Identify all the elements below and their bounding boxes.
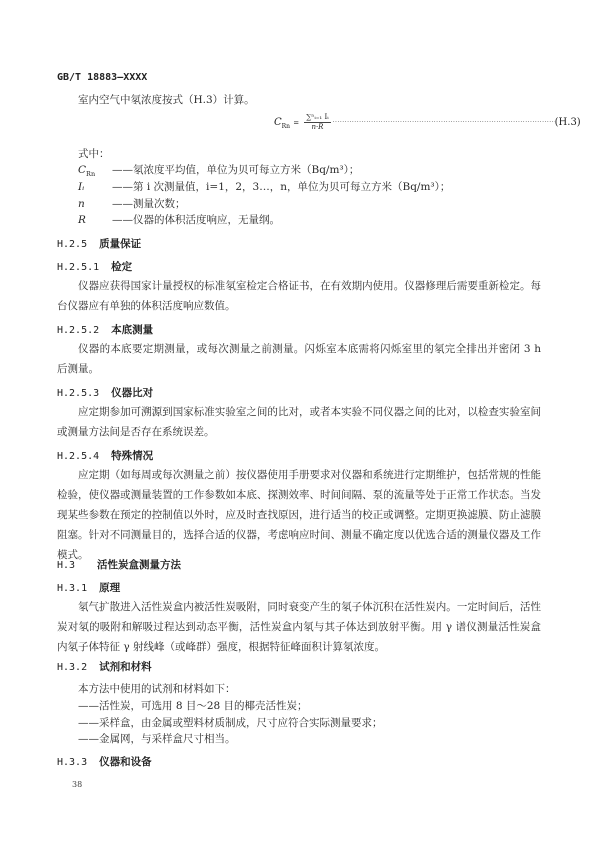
section-heading: H.3活性炭盒测量方法 — [57, 557, 181, 572]
formula-equals: = — [293, 119, 299, 127]
where-item: Iᵢ——第 i 次测量值，i=1，2，3…，n，单位为贝可每立方米（Bq/m³）… — [78, 179, 450, 195]
section-heading: H.2.5.1检定 — [57, 259, 132, 274]
where-item: n——测量次数； — [78, 196, 186, 212]
section-paragraph: 应定期（如每周或每次测量之前）按仪器使用手册要求对仪器和系统进行定期维护，包括常… — [57, 465, 541, 565]
symbol: n — [78, 196, 112, 212]
list-item: ——金属网，与采样盒尺寸相当。 — [78, 731, 236, 747]
section-paragraph: 仪器的本底要定期测量，或每次测量之前测量。闪烁室本底需将闪烁室里的氡完全排出并密… — [57, 339, 541, 379]
formula-leader-dots: ········································… — [333, 119, 555, 126]
section-paragraph: 氡气扩散进入活性炭盒内被活性炭吸附，同时衰变产生的氡子体沉积在活性炭内。一定时间… — [57, 597, 541, 657]
section-heading: H.3.1原理 — [57, 580, 120, 595]
symbol: R — [78, 212, 112, 228]
section-paragraph: 本方法中使用的试剂和材料如下： — [78, 681, 236, 697]
formula-label: (H.3) — [555, 117, 581, 128]
section-paragraph: 仪器应获得国家计量授权的标准氡室检定合格证书，在有效期内使用。仪器修理后需要重新… — [57, 276, 541, 316]
section-heading: H.3.3仪器和设备 — [57, 754, 152, 769]
list-item: ——采样盒，由金属或塑料材质制成，尺寸应符合实际测量要求； — [78, 715, 383, 731]
section-heading: H.2.5.4特殊情况 — [57, 448, 153, 463]
formula-denominator: n·R — [304, 123, 330, 132]
section-heading: H.2.5.2本底测量 — [57, 322, 153, 337]
symbol: Iᵢ — [78, 179, 112, 195]
formula-fraction: ∑ⁿᵢ₌₁ Iᵢ n·R — [304, 113, 330, 132]
section-heading: H.2.5质量保证 — [57, 236, 141, 251]
formula-numerator: ∑ⁿᵢ₌₁ Iᵢ — [304, 113, 330, 123]
standard-id-header: GB/T 18883—XXXX — [57, 72, 147, 83]
where-item: R——仪器的体积活度响应，无量纲。 — [78, 212, 280, 228]
section-heading: H.3.2试剂和材料 — [57, 659, 152, 674]
section-paragraph: 应定期参加可溯源到国家标准实验室之间的比对，或者本实验不同仪器之间的比对，以检查… — [57, 402, 541, 442]
formula-lhs: C — [274, 117, 282, 128]
page-number: 38 — [72, 780, 82, 789]
formula-h3: CRn = ∑ⁿᵢ₌₁ Iᵢ n·R ·····················… — [274, 113, 581, 132]
list-item: ——活性炭，可选用 8 目～28 目的椰壳活性炭； — [78, 698, 308, 714]
section-heading: H.2.5.3仪器比对 — [57, 385, 153, 400]
where-label: 式中： — [78, 146, 110, 162]
intro-text: 室内空气中氡浓度按式（H.3）计算。 — [78, 92, 255, 108]
formula-lhs-sub: Rn — [282, 123, 290, 130]
document-page: GB/T 18883—XXXX 室内空气中氡浓度按式（H.3）计算。 CRn =… — [0, 0, 600, 848]
